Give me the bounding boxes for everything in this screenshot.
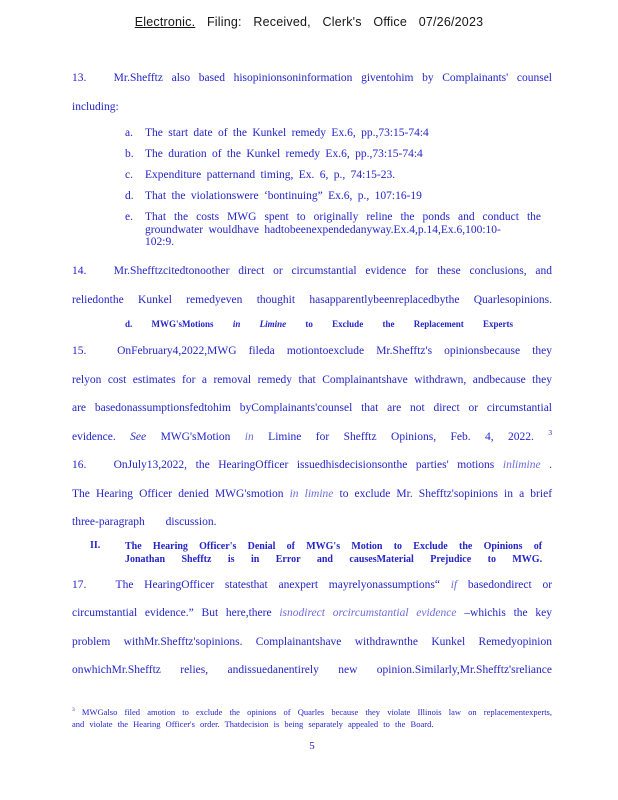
list-item-marker: a. <box>125 127 145 140</box>
text-run: including: <box>72 101 119 113</box>
heading-ii: II.The Hearing Officer's Denial of MWG's… <box>90 540 542 567</box>
text-line: circumstantial evidence.” But here,there… <box>72 599 552 628</box>
text-run: Shefftz <box>181 554 211 565</box>
text-run: Mr.Shefftz also based hisopinionsoninfor… <box>114 72 552 84</box>
text-run: The duration of the Kunkel remedy Ex.6, … <box>145 148 423 160</box>
text-run: Limine for Shefftz Opinions, Feb. 4, 202… <box>268 431 534 443</box>
text-run: relyon cost estimates for a removal reme… <box>72 374 552 386</box>
list-item-marker: e. <box>125 211 145 249</box>
text-line: 16. OnJuly13,2022, the HearingOfficer is… <box>72 451 552 480</box>
text-line: problem withMr.Shefftz'sopinions. Compla… <box>72 628 552 657</box>
text-run: in limine <box>290 488 334 500</box>
list-item-c: c.Expenditure patternand timing, Ex. 6, … <box>125 169 541 182</box>
list-item-a: a.The start date of the Kunkel remedy Ex… <box>125 127 541 140</box>
text-line: 3 MWGalso filed amotion to exclude the o… <box>72 706 552 718</box>
text-line: evidence. See MWG'sMotion in Limine for … <box>72 423 552 452</box>
text-run: are basedonassumptionsfedtohim byComplai… <box>72 402 552 414</box>
text-run: Filing: <box>207 15 242 29</box>
text-run: Jonathan <box>125 554 165 565</box>
text-line: reliedonthe Kunkel remedyeven thoughit h… <box>72 286 552 315</box>
text-run: Officer's <box>199 541 236 552</box>
text-line: three-paragraph discussion. <box>72 508 552 537</box>
text-line: 13. Mr.Shefftz also based hisopinionsoni… <box>72 64 552 93</box>
text-run: isnodirect orcircumstantial evidence <box>279 607 456 619</box>
text-line: The start date of the Kunkel remedy Ex.6… <box>145 127 541 140</box>
text-run: OnFebruary4,2022,MWG fileda motiontoexcl… <box>117 345 552 357</box>
document-body: 13. Mr.Shefftz also based hisopinionsoni… <box>72 64 552 752</box>
text-run: basedondirect or <box>468 579 552 591</box>
text-line: 15. OnFebruary4,2022,MWG fileda motionto… <box>72 337 552 366</box>
text-line: That the costs MWG spent to originally r… <box>145 211 541 224</box>
heading-d: d. MWG'sMotions in Limine to Exclude the… <box>125 318 513 331</box>
paragraph-13: 13. Mr.Shefftz also based hisopinionsoni… <box>72 64 552 121</box>
text-run: the Replacement <box>382 319 463 329</box>
list-item-b: b.The duration of the Kunkel remedy Ex.6… <box>125 148 541 161</box>
paragraph-number: 17. <box>72 571 105 600</box>
text-run: in Limine <box>233 319 286 329</box>
text-line: including: <box>72 93 552 122</box>
text-run: Experts <box>483 319 513 329</box>
text-run: Office <box>373 15 407 29</box>
text-line: The Hearing Officer denied MWG'smotion i… <box>72 480 552 509</box>
document-page: Electronic. Filing: Received, Clerk's Of… <box>0 0 618 800</box>
text-line: groundwater wouldhave hadtobeenexpendeda… <box>145 224 541 237</box>
text-run: Mr.Shefftzcitedtonoother direct or circu… <box>114 265 552 277</box>
text-line: d. MWG'sMotions in Limine to Exclude the… <box>125 318 513 331</box>
text-run: the Opinions <box>459 541 522 552</box>
text-run: three-paragraph discussion. <box>72 516 216 528</box>
text-run: That the costs MWG spent to originally r… <box>145 211 541 223</box>
text-run: Clerk's <box>322 15 361 29</box>
text-run: of MWG's <box>287 541 340 552</box>
text-run: circumstantial evidence.” But here,there <box>72 607 272 619</box>
text-run: –whichis the key <box>464 607 552 619</box>
list-item-d: d.That the violationswere ‘bontinuing” E… <box>125 190 541 203</box>
text-run: OnJuly13,2022, the HearingOfficer issued… <box>114 459 495 471</box>
page-number: 5 <box>72 740 552 752</box>
heading-numeral: II. <box>90 540 125 567</box>
text-run: inlimine <box>503 459 541 471</box>
text-run: onwhichMr.Shefftz relies, andissuedanent… <box>72 664 552 676</box>
text-run: Electronic. <box>135 15 196 29</box>
text-line: relyon cost estimates for a removal reme… <box>72 366 552 395</box>
text-run: Motion <box>351 541 382 552</box>
paragraph-number: 16. <box>72 451 105 480</box>
paragraph-number: 14. <box>72 257 105 286</box>
text-line: 17. The HearingOfficer statesthat anexpe… <box>72 571 552 600</box>
text-run: That the violationswere ‘bontinuing” Ex.… <box>145 190 422 202</box>
text-line: and violate the Hearing Officer's order.… <box>72 718 552 730</box>
text-run: Denial <box>248 541 276 552</box>
text-run: The Hearing <box>125 541 188 552</box>
text-run: The HearingOfficer statesthat anexpert m… <box>116 579 440 591</box>
paragraph-15: 15. OnFebruary4,2022,MWG fileda motionto… <box>72 337 552 451</box>
text-run: MWGalso filed amotion to exclude the opi… <box>82 707 552 717</box>
text-run: 07/26/2023 <box>419 15 484 29</box>
text-run: to Exclude <box>394 541 448 552</box>
footnote-reference: 3 <box>72 707 75 713</box>
list-item-text: The start date of the Kunkel remedy Ex.6… <box>145 127 541 140</box>
list-item-marker: b. <box>125 148 145 161</box>
text-line: 102:9. <box>145 236 541 249</box>
paragraph-14: 14. Mr.Shefftzcitedtonoother direct or c… <box>72 257 552 314</box>
text-run: causesMaterial <box>349 554 413 565</box>
text-run: reliedonthe Kunkel remedyeven thoughit h… <box>72 294 552 306</box>
text-run: See <box>130 431 146 443</box>
text-run: in <box>245 431 254 443</box>
paragraph-17: 17. The HearingOfficer statesthat anexpe… <box>72 571 552 685</box>
text-run: of <box>534 541 542 552</box>
text-run: Received, <box>253 15 310 29</box>
text-line: The Hearing Officer's Denial of MWG's Mo… <box>125 540 542 554</box>
text-run: is in Error <box>228 554 300 565</box>
list-item-text: Expenditure patternand timing, Ex. 6, p.… <box>145 169 541 182</box>
text-run: if <box>451 579 457 591</box>
text-line: 14. Mr.Shefftzcitedtonoother direct or c… <box>72 257 552 286</box>
text-run: and violate the Hearing Officer's order.… <box>72 719 433 729</box>
filing-header: Electronic. Filing: Received, Clerk's Of… <box>0 15 618 29</box>
text-run: problem withMr.Shefftz'sopinions. Compla… <box>72 636 552 648</box>
list-a-e: a.The start date of the Kunkel remedy Ex… <box>125 127 541 249</box>
footnote-3: 3 MWGalso filed amotion to exclude the o… <box>72 706 552 730</box>
text-line: onwhichMr.Shefftz relies, andissuedanent… <box>72 656 552 685</box>
text-run: and <box>317 554 333 565</box>
list-item-marker: c. <box>125 169 145 182</box>
paragraph-16: 16. OnJuly13,2022, the HearingOfficer is… <box>72 451 552 537</box>
footnote-reference: 3 <box>548 428 552 437</box>
list-item-text: That the violationswere ‘bontinuing” Ex.… <box>145 190 541 203</box>
text-run: to exclude Mr. Shefftz'sopinions in a br… <box>340 488 553 500</box>
text-line: The duration of the Kunkel remedy Ex.6, … <box>145 148 541 161</box>
text-run: The start date of the Kunkel remedy Ex.6… <box>145 127 429 139</box>
text-run: MWG'sMotions <box>152 319 214 329</box>
text-line: Jonathan Shefftz is in Error and causesM… <box>125 553 542 567</box>
text-line: are basedonassumptionsfedtohim byComplai… <box>72 394 552 423</box>
text-run: . <box>549 459 552 471</box>
list-item-marker: d. <box>125 190 145 203</box>
heading-text: The Hearing Officer's Denial of MWG's Mo… <box>125 540 542 567</box>
text-run: to MWG. <box>488 554 542 565</box>
text-run: The Hearing Officer denied MWG'smotion <box>72 488 283 500</box>
text-run: MWG'sMotion <box>161 431 231 443</box>
text-line: That the violationswere ‘bontinuing” Ex.… <box>145 190 541 203</box>
text-run: Prejudice <box>430 554 471 565</box>
text-run: d. <box>125 319 132 329</box>
text-run: groundwater wouldhave hadtobeenexpendeda… <box>145 224 501 236</box>
paragraph-number: 13. <box>72 64 105 93</box>
list-item-text: The duration of the Kunkel remedy Ex.6, … <box>145 148 541 161</box>
list-item-text: That the costs MWG spent to originally r… <box>145 211 541 249</box>
text-line: Expenditure patternand timing, Ex. 6, p.… <box>145 169 541 182</box>
text-run: evidence. <box>72 431 116 443</box>
text-run: 102:9. <box>145 236 174 248</box>
text-run: to Exclude <box>305 319 363 329</box>
list-item-e: e.That the costs MWG spent to originally… <box>125 211 541 249</box>
text-run: Expenditure patternand timing, Ex. 6, p.… <box>145 169 395 181</box>
paragraph-number: 15. <box>72 337 105 366</box>
